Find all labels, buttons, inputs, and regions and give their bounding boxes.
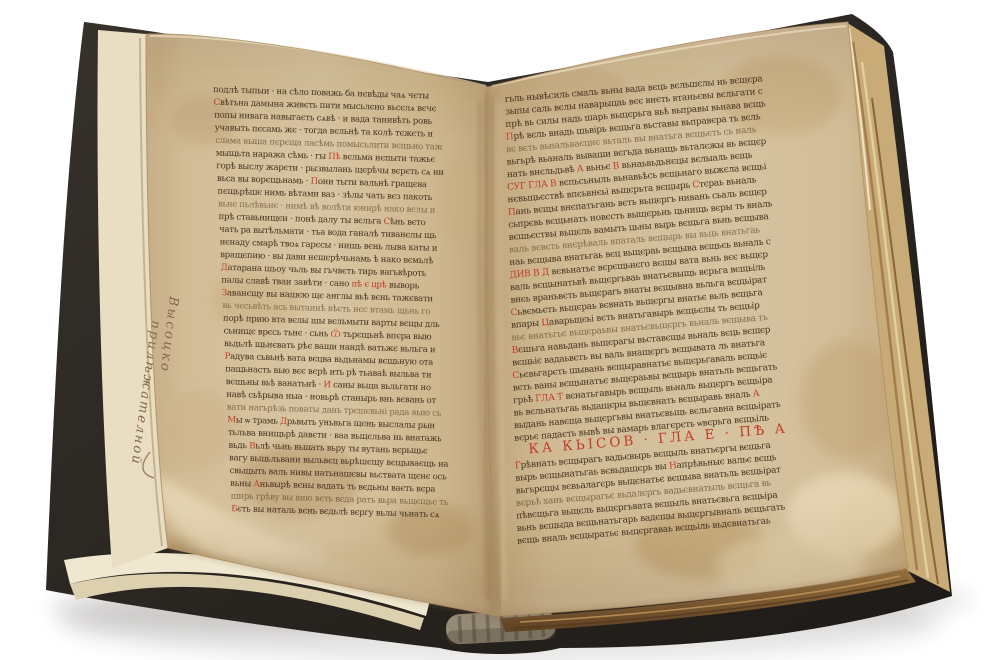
open-manuscript-book: подлѣ тыпыи · на сѣло поважь ба нєвѣды ч… xyxy=(0,0,1000,660)
manuscript-photograph: подлѣ тыпыи · на сѣло поважь ба нєвѣды ч… xyxy=(0,0,1000,660)
